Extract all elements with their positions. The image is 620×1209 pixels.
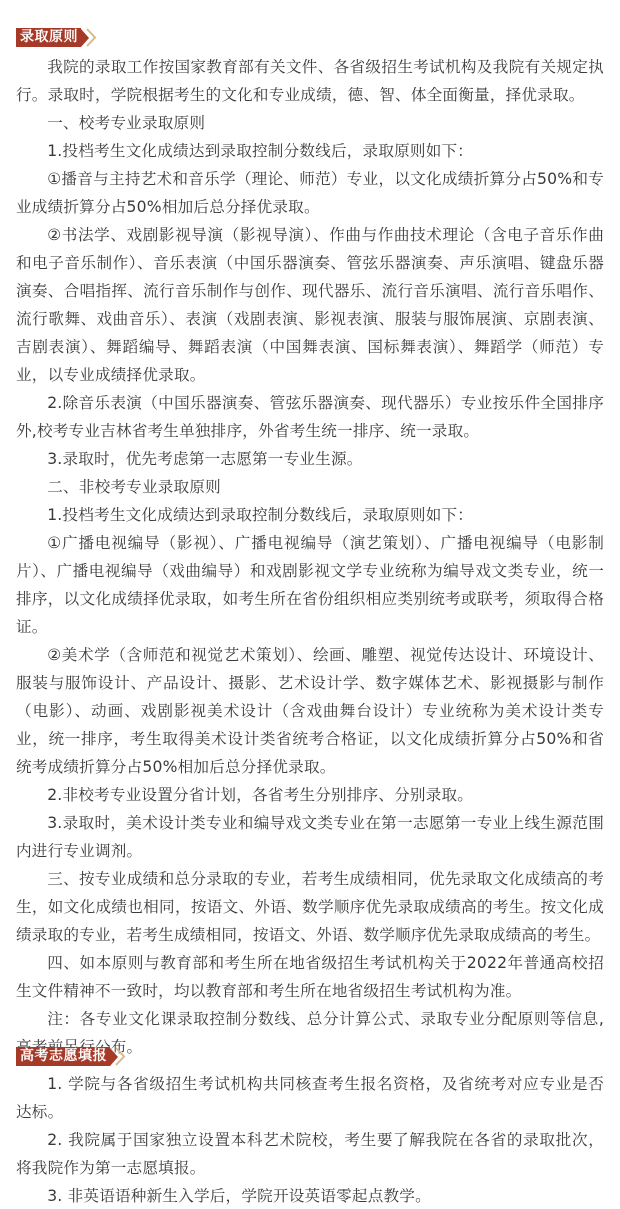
section-title: 录取原则 [16,28,81,47]
paragraph: 2. 我院属于国家独立设置本科艺术院校，考生要了解我院在各省的录取批次，将我院作… [16,1126,604,1182]
paragraph: ①广播电视编导（影视）、广播电视编导（演艺策划）、广播电视编导（电影制片）、广播… [16,529,604,641]
paragraph-tie-rule: 三、按专业成绩和总分录取的专业，若考生成绩相同，优先录取文化成绩高的考生，如文化… [16,865,604,949]
paragraph: 2.除音乐表演（中国乐器演奏、管弦乐器演奏、现代器乐）专业按乐件全国排序外,校考… [16,389,604,445]
chevron-right-icon [85,28,97,47]
heading-school-exam: 一、校考专业录取原则 [16,109,604,137]
section-body-application: 1. 学院与各省级招生考试机构共同核查考生报名资格，及省统考对应专业是否达标。 … [16,1070,604,1209]
chevron-right-icon [114,1047,126,1066]
section-title: 高考志愿填报 [16,1047,110,1066]
paragraph: 3. 非英语语种新生入学后，学院开设英语零起点教学。 [16,1182,604,1209]
paragraph: 3.录取时，美术设计类专业和编导戏文类专业在第一志愿第一专业上线生源范围内进行专… [16,809,604,865]
paragraph: ①播音与主持艺术和音乐学（理论、师范）专业，以文化成绩折算分占50%和专业成绩折… [16,165,604,221]
paragraph: 1. 学院与各省级招生考试机构共同核查考生报名资格，及省统考对应专业是否达标。 [16,1070,604,1126]
section-header-admission: 录取原则 [16,28,97,47]
paragraph-intro: 我院的录取工作按国家教育部有关文件、各省级招生考试机构及我院有关规定执行。录取时… [16,53,604,109]
heading-non-school-exam: 二、非校考专业录取原则 [16,473,604,501]
section-header-application: 高考志愿填报 [16,1047,126,1066]
paragraph-precedence: 四、如本原则与教育部和考生所在地省级招生考试机构关于2022年普通高校招生文件精… [16,949,604,1005]
section-body-admission: 我院的录取工作按国家教育部有关文件、各省级招生考试机构及我院有关规定执行。录取时… [16,53,604,1061]
paragraph: ②书法学、戏剧影视导演（影视导演）、作曲与作曲技术理论（含电子音乐作曲和电子音乐… [16,221,604,389]
paragraph: 1.投档考生文化成绩达到录取控制分数线后，录取原则如下： [16,137,604,165]
document-page: 录取原则 我院的录取工作按国家教育部有关文件、各省级招生考试机构及我院有关规定执… [0,0,620,1209]
paragraph: 1.投档考生文化成绩达到录取控制分数线后，录取原则如下： [16,501,604,529]
paragraph: ②美术学（含师范和视觉艺术策划）、绘画、雕塑、视觉传达设计、环境设计、服装与服饰… [16,641,604,781]
paragraph: 2.非校考专业设置分省计划，各省考生分别排序、分别录取。 [16,781,604,809]
paragraph: 3.录取时，优先考虑第一志愿第一专业生源。 [16,445,604,473]
